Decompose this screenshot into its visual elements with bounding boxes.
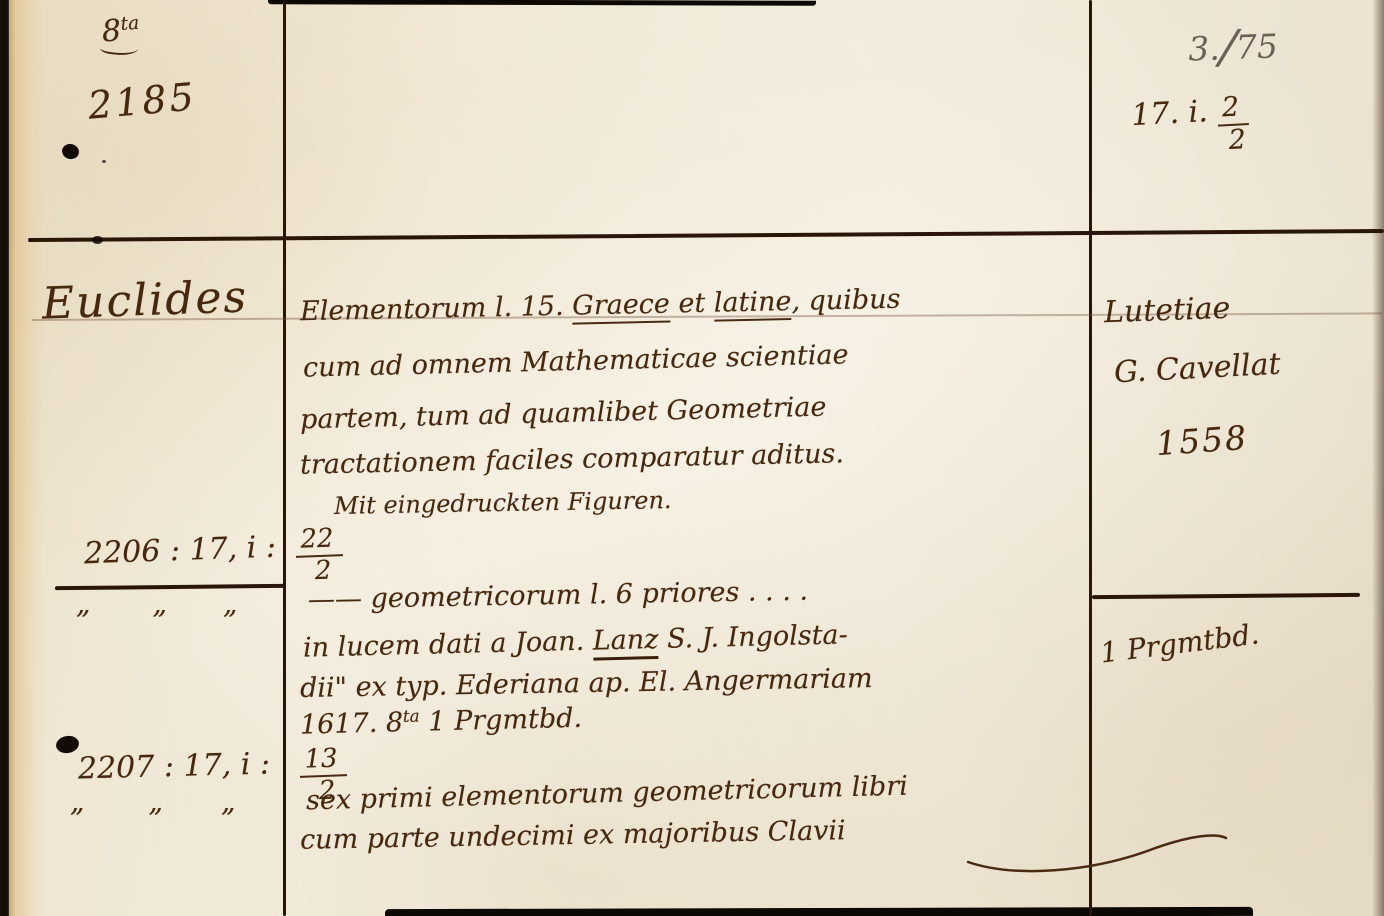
entry2-line-4: 1617. 8ta 1 Prgmtbd. xyxy=(300,703,583,741)
ditto-mark: „ xyxy=(153,588,168,620)
entry2-binding-inline: 1 Prgmtbd. xyxy=(419,703,582,738)
ink-blob-on-rule xyxy=(92,236,103,244)
author-heading: Euclides xyxy=(41,272,249,330)
ditto-mark: „ xyxy=(76,588,91,620)
entry2-fraction-numerator: 22 xyxy=(295,525,343,558)
figures-note: Mit eingedruckten Figuren. xyxy=(334,487,672,520)
shelfmark-fraction-numerator: 2 xyxy=(1216,93,1249,127)
aged-paper-strip xyxy=(9,0,45,916)
pencil-price-note: 3./75 xyxy=(1187,14,1279,72)
entry2-fraction: 22 2 xyxy=(295,525,344,586)
entry3-fraction-numerator: 13 xyxy=(299,745,347,778)
title-line-3: partem, tum ad quamlibet Geometriae xyxy=(300,392,827,436)
format-note-suffix: ta xyxy=(120,13,140,35)
title-line-4: tractationem faciles comparatur aditus. xyxy=(300,438,844,480)
pencil-price-int: 3. xyxy=(1187,28,1220,68)
title-word-latine: latine xyxy=(714,286,792,322)
ditto-mark: „ xyxy=(221,786,236,818)
ink-blot-bottom xyxy=(55,734,81,755)
page-edge-right xyxy=(1372,0,1384,916)
imprint-year: 1558 xyxy=(1155,419,1249,463)
entry2-line-2: in lucem dati a Joan. Lanz S. J. Ingolst… xyxy=(303,619,848,663)
imprint-printer: G. Cavellat xyxy=(1113,348,1281,391)
title-line-1-seg: et xyxy=(670,288,715,320)
header-row-rule xyxy=(28,229,1384,242)
title-line-1-seg: Elementorum l. 15. xyxy=(300,291,573,328)
column-rule-right xyxy=(1089,0,1092,916)
scan-edge-bottom xyxy=(385,907,1253,916)
shelfmark-fraction-denominator: 2 xyxy=(1224,125,1251,156)
shelfmark-fraction: 2 2 xyxy=(1216,93,1250,157)
title-word-graece: Graece xyxy=(572,289,670,325)
entry2-ditto-marks: „„„ xyxy=(76,588,238,620)
ledger-page-scan: 8ta 2185 3./75 17. i. 2 2 Euclides Eleme… xyxy=(0,0,1384,916)
pencil-price-slash: / xyxy=(1218,20,1238,76)
ink-blot-top xyxy=(60,142,80,161)
entry3-line-2: cum parte undecimi ex majoribus Clavii xyxy=(300,815,846,856)
shelfmark: 17. i. 2 2 xyxy=(1130,93,1250,161)
entry2-shelf-fraction: 22 2 xyxy=(295,525,344,586)
title-line-2: cum ad omnem Mathematicae scientiae xyxy=(303,339,849,383)
entry2-line-2-seg: in lucem dati a Joan. xyxy=(303,626,593,664)
entry2-number: 2206 : 17, i : xyxy=(83,531,276,572)
entry2-fraction-denominator: 2 xyxy=(302,556,344,586)
entry2-line-3: dii" ex typ. Ederiana ap. El. Angermaria… xyxy=(300,663,873,704)
format-note-flourish xyxy=(100,40,139,56)
entry2-word-lanz: Lanz xyxy=(592,624,658,661)
accession-number: 2185 xyxy=(86,75,198,128)
entry3-number: 2207 : 17, i : xyxy=(78,747,271,787)
pen-flourish xyxy=(960,826,1235,878)
pencil-price-frac: 75 xyxy=(1235,26,1278,66)
shelfmark-prefix: 17. i. xyxy=(1130,94,1208,133)
entry2-line-1: —— geometricorum l. 6 priores . . . . xyxy=(308,576,808,616)
title-line-1: Elementorum l. 15. Graece et latine, qui… xyxy=(300,284,901,328)
ditto-mark: „ xyxy=(149,786,164,818)
entry-divider-right-col xyxy=(1092,593,1360,599)
ditto-mark: „ xyxy=(223,588,238,620)
imprint-place: Lutetiae xyxy=(1103,292,1230,331)
ditto-mark: „ xyxy=(70,786,85,818)
entry2-binding-note: 1 Prgmtbd. xyxy=(1099,618,1261,669)
entry2-line-2-seg: S. J. Ingolsta- xyxy=(658,619,848,655)
ink-speck-top xyxy=(102,160,106,163)
column-rule-left xyxy=(283,0,286,916)
scan-edge-top xyxy=(268,0,816,6)
entry3-ditto-marks: „„„ xyxy=(70,786,236,818)
entry2-year: 1617. 8 xyxy=(300,707,404,741)
title-line-1-seg: , quibus xyxy=(791,284,901,317)
entry2-format-suffix: ta xyxy=(403,706,420,726)
entry3-line-1: sex primi elementorum geometricorum libr… xyxy=(306,771,908,817)
